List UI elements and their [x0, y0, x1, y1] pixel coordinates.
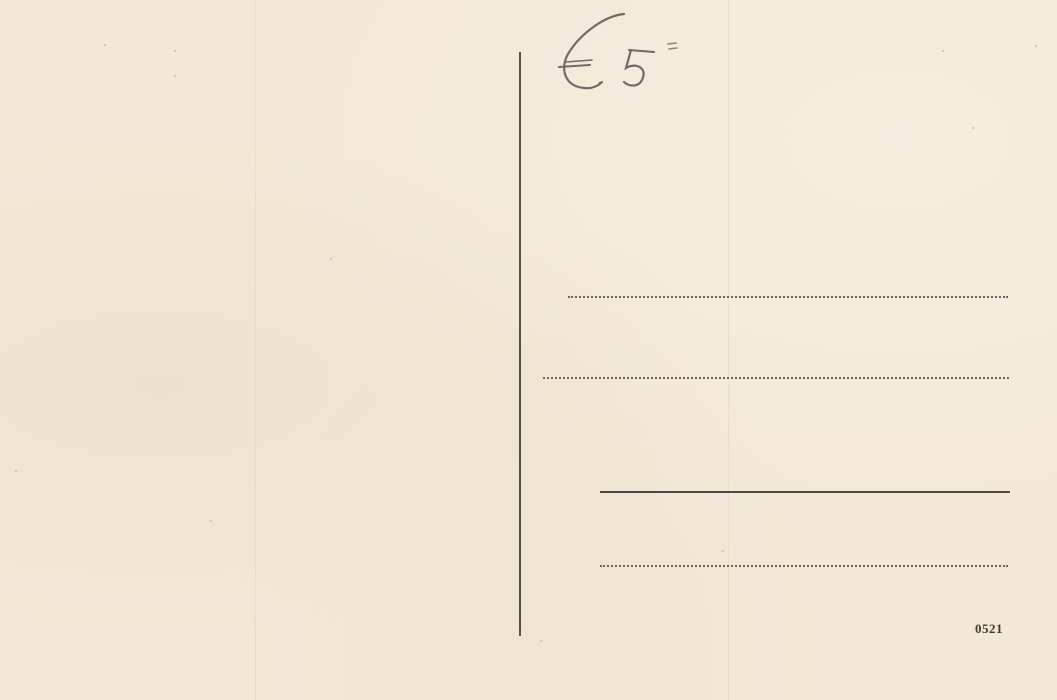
address-line-1 — [568, 296, 1008, 298]
message-address-divider — [519, 52, 521, 636]
postcard-back: €.5 = 0521 — [0, 0, 1057, 700]
serial-number: 0521 — [975, 621, 1003, 637]
paper-speck — [174, 75, 176, 77]
paper-speck — [1035, 45, 1037, 47]
paper-speck — [722, 550, 724, 552]
paper-speck — [104, 44, 106, 46]
paper-speck — [972, 127, 974, 129]
address-line-3 — [600, 491, 1010, 493]
paper-speck — [15, 470, 17, 472]
paper-fold-mark — [255, 0, 256, 700]
paper-fold-mark — [728, 0, 729, 700]
paper-speck — [330, 258, 332, 260]
address-line-4 — [600, 565, 1008, 567]
address-line-2 — [543, 377, 1009, 379]
handwritten-price-note — [556, 10, 696, 100]
paper-speck — [174, 50, 176, 52]
paper-speck — [540, 640, 542, 642]
paper-speck — [210, 520, 212, 522]
paper-speck — [942, 50, 944, 52]
